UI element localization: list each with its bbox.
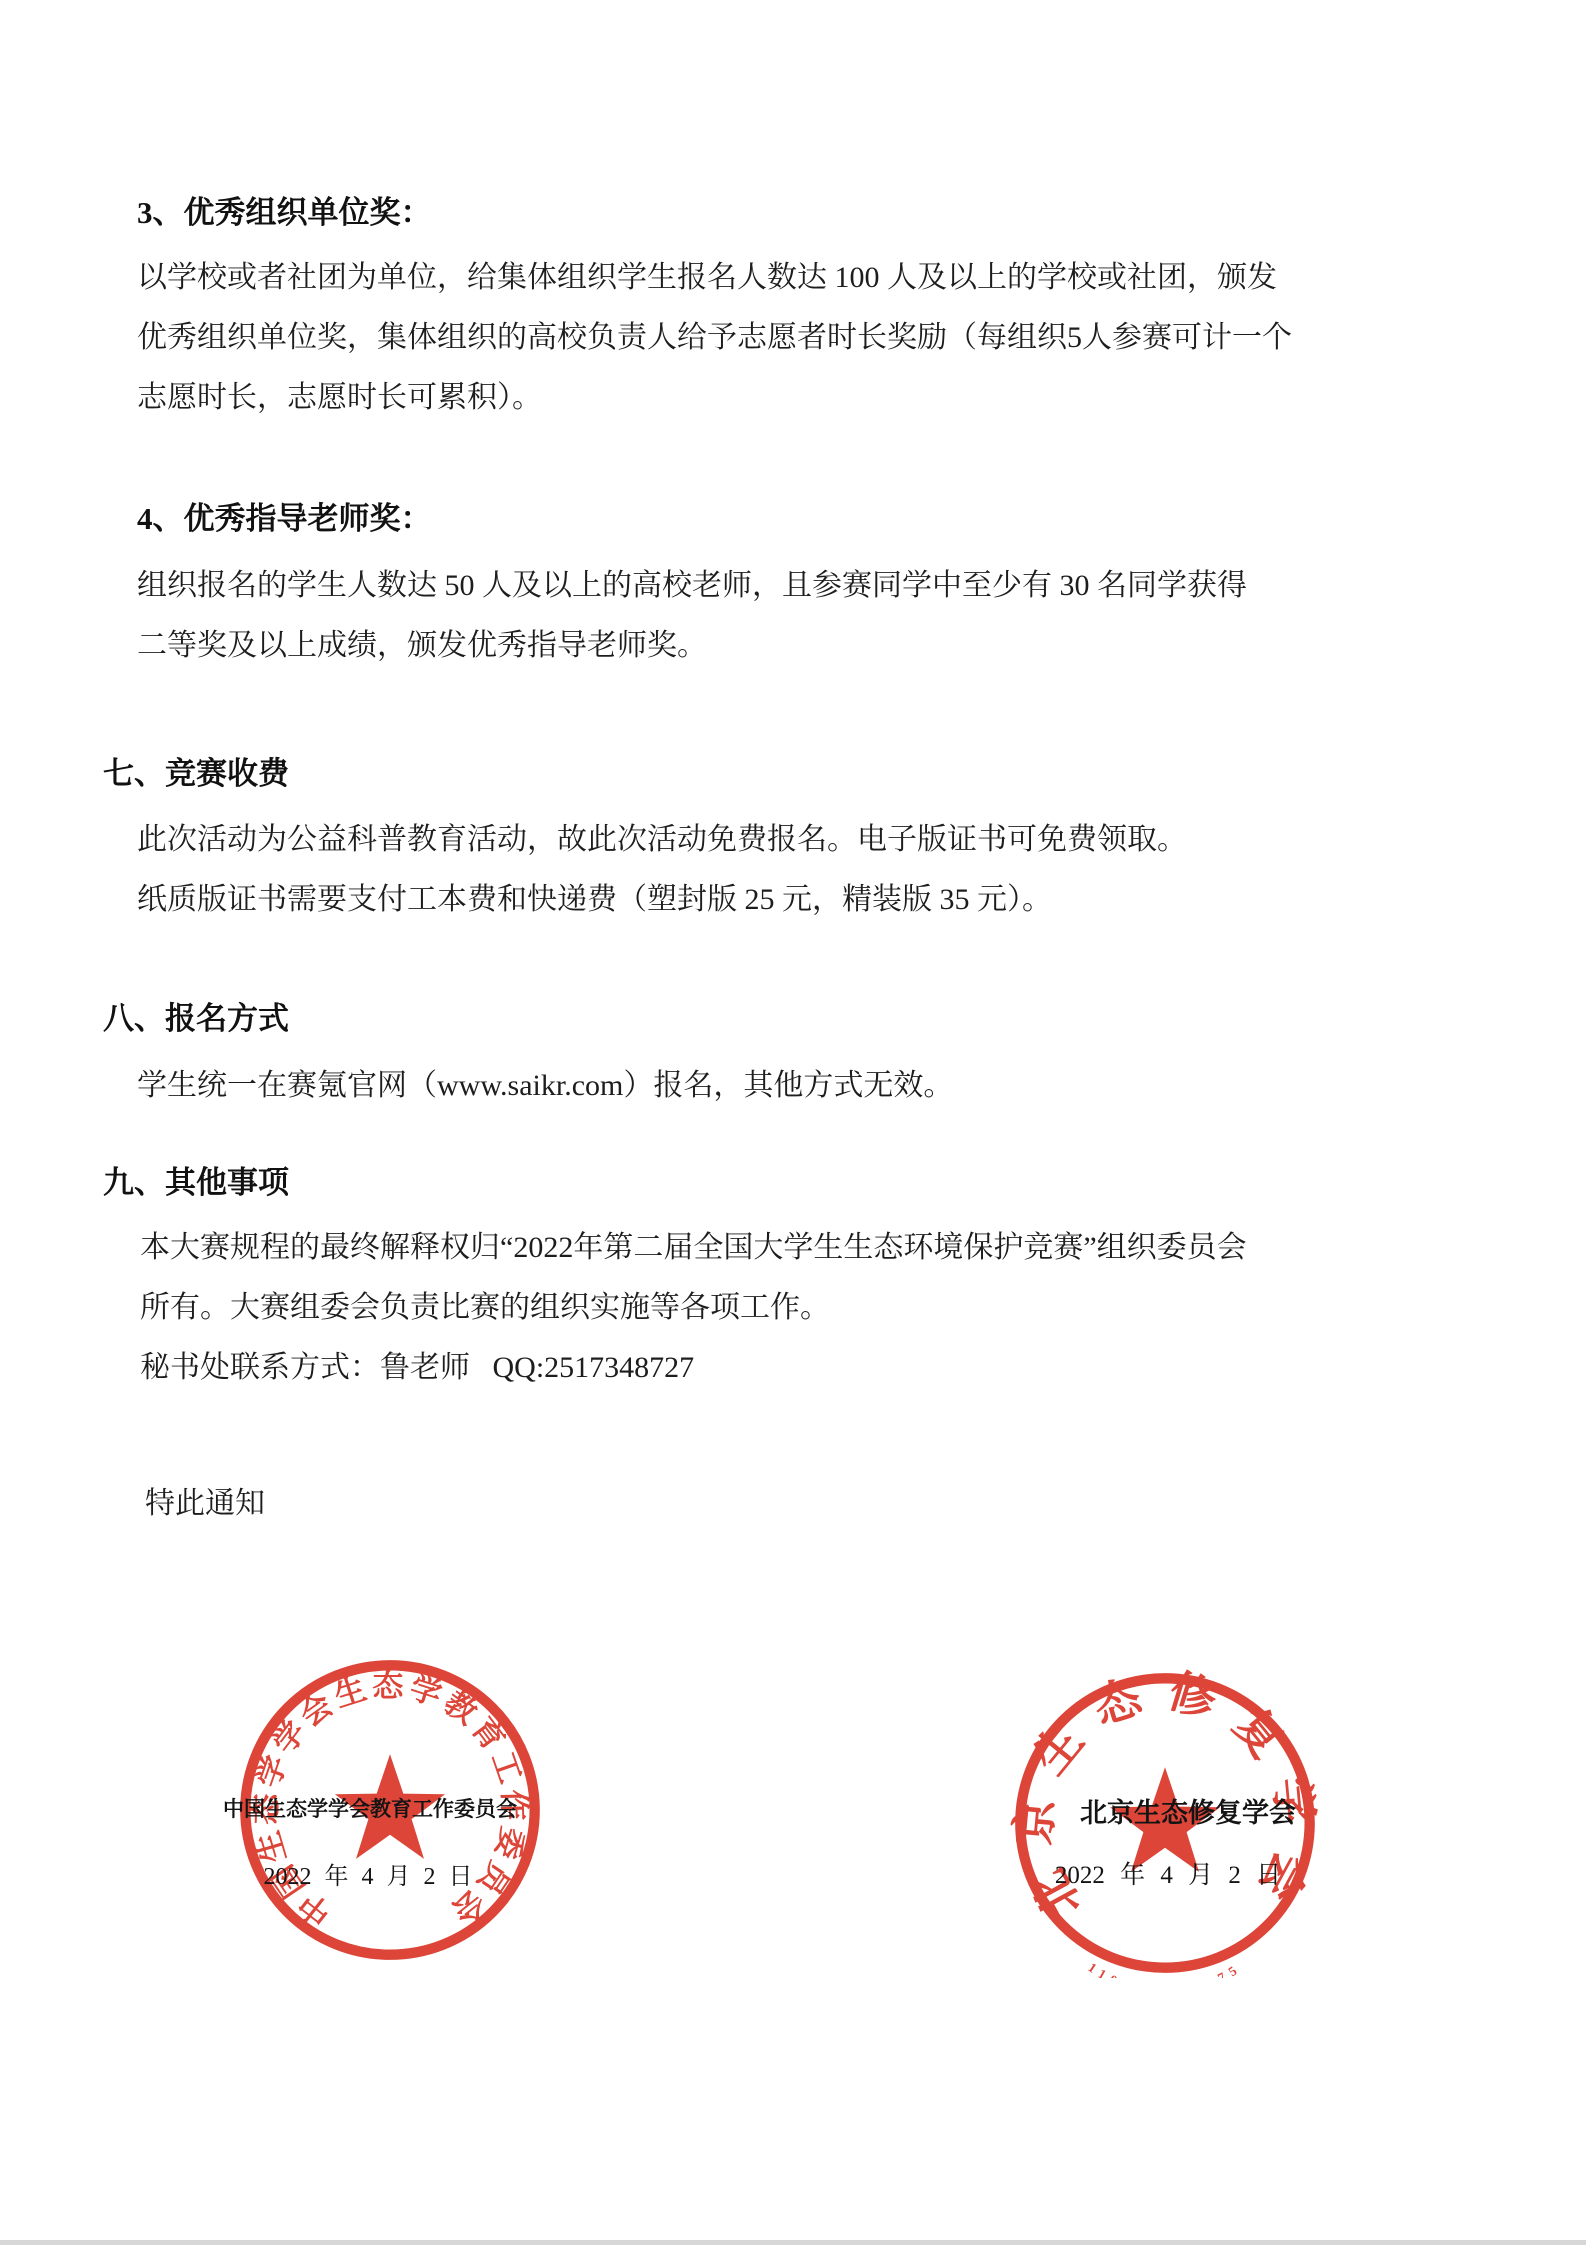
section-heading-award-teacher: 4、优秀指导老师奖： [137, 502, 432, 536]
section-heading-award-org: 3、优秀组织单位奖： [137, 196, 432, 230]
paragraph-line: 学生统一在赛氪官网（www.saikr.com）报名，其他方式无效。 [137, 1056, 953, 1116]
paragraph-line: 二等奖及以上成绩，颁发优秀指导老师奖。 [137, 616, 1247, 676]
section-heading-other: 九、其他事项 [103, 1166, 289, 1200]
left-signing-date: 2022 年 4 月 2 日 [264, 1856, 473, 1891]
paragraph-line: 所有。大赛组委会负责比赛的组织实施等各项工作。 [140, 1278, 1247, 1338]
right-signing-org-name: 北京生态修复学会 [1080, 1791, 1296, 1830]
paragraph-line: 纸质版证书需要支付工本费和快递费（塑封版 25 元，精装版 35 元）。 [137, 870, 1187, 930]
section-body-award-org: 以学校或者社团为单位，给集体组织学生报名人数达 100 人及以上的学校或社团，颁… [137, 248, 1292, 428]
notice-close-text: 特此通知 [145, 1478, 265, 1522]
section-body-award-teacher: 组织报名的学生人数达 50 人及以上的高校老师，且参赛同学中至少有 30 名同学… [137, 556, 1247, 676]
section-heading-fees: 七、竞赛收费 [103, 757, 289, 791]
secretariat-contact-line: 秘书处联系方式：鲁老师 QQ:2517348727 [140, 1338, 1247, 1398]
paragraph-line: 志愿时长，志愿时长可累积）。 [137, 368, 1292, 428]
page-scan-edge [0, 2240, 1586, 2245]
section-body-other: 本大赛规程的最终解释权归“2022年第二届全国大学生生态环境保护竞赛”组织委员会… [140, 1218, 1247, 1398]
paragraph-line: 此次活动为公益科普教育活动，故此次活动免费报名。电子版证书可免费领取。 [137, 810, 1187, 870]
paragraph-line: 组织报名的学生人数达 50 人及以上的高校老师，且参赛同学中至少有 30 名同学… [137, 556, 1247, 616]
paragraph-line: 优秀组织单位奖，集体组织的高校负责人给予志愿者时长奖励（每组织5人参赛可计一个 [137, 308, 1292, 368]
document-page: 3、优秀组织单位奖： 以学校或者社团为单位，给集体组织学生报名人数达 100 人… [0, 0, 1586, 2245]
right-signing-date: 2022 年 4 月 2 日 [1055, 1855, 1281, 1891]
section-body-registration: 学生统一在赛氪官网（www.saikr.com）报名，其他方式无效。 [137, 1056, 953, 1116]
left-signing-org-name: 中国生态学学会教育工作委员会 [223, 1793, 517, 1823]
section-body-fees: 此次活动为公益科普教育活动，故此次活动免费报名。电子版证书可免费领取。 纸质版证… [137, 810, 1187, 930]
section-heading-registration: 八、报名方式 [103, 1002, 289, 1036]
paragraph-line: 本大赛规程的最终解释权归“2022年第二届全国大学生生态环境保护竞赛”组织委员会 [140, 1218, 1247, 1278]
paragraph-line: 以学校或者社团为单位，给集体组织学生报名人数达 100 人及以上的学校或社团，颁… [137, 248, 1292, 308]
